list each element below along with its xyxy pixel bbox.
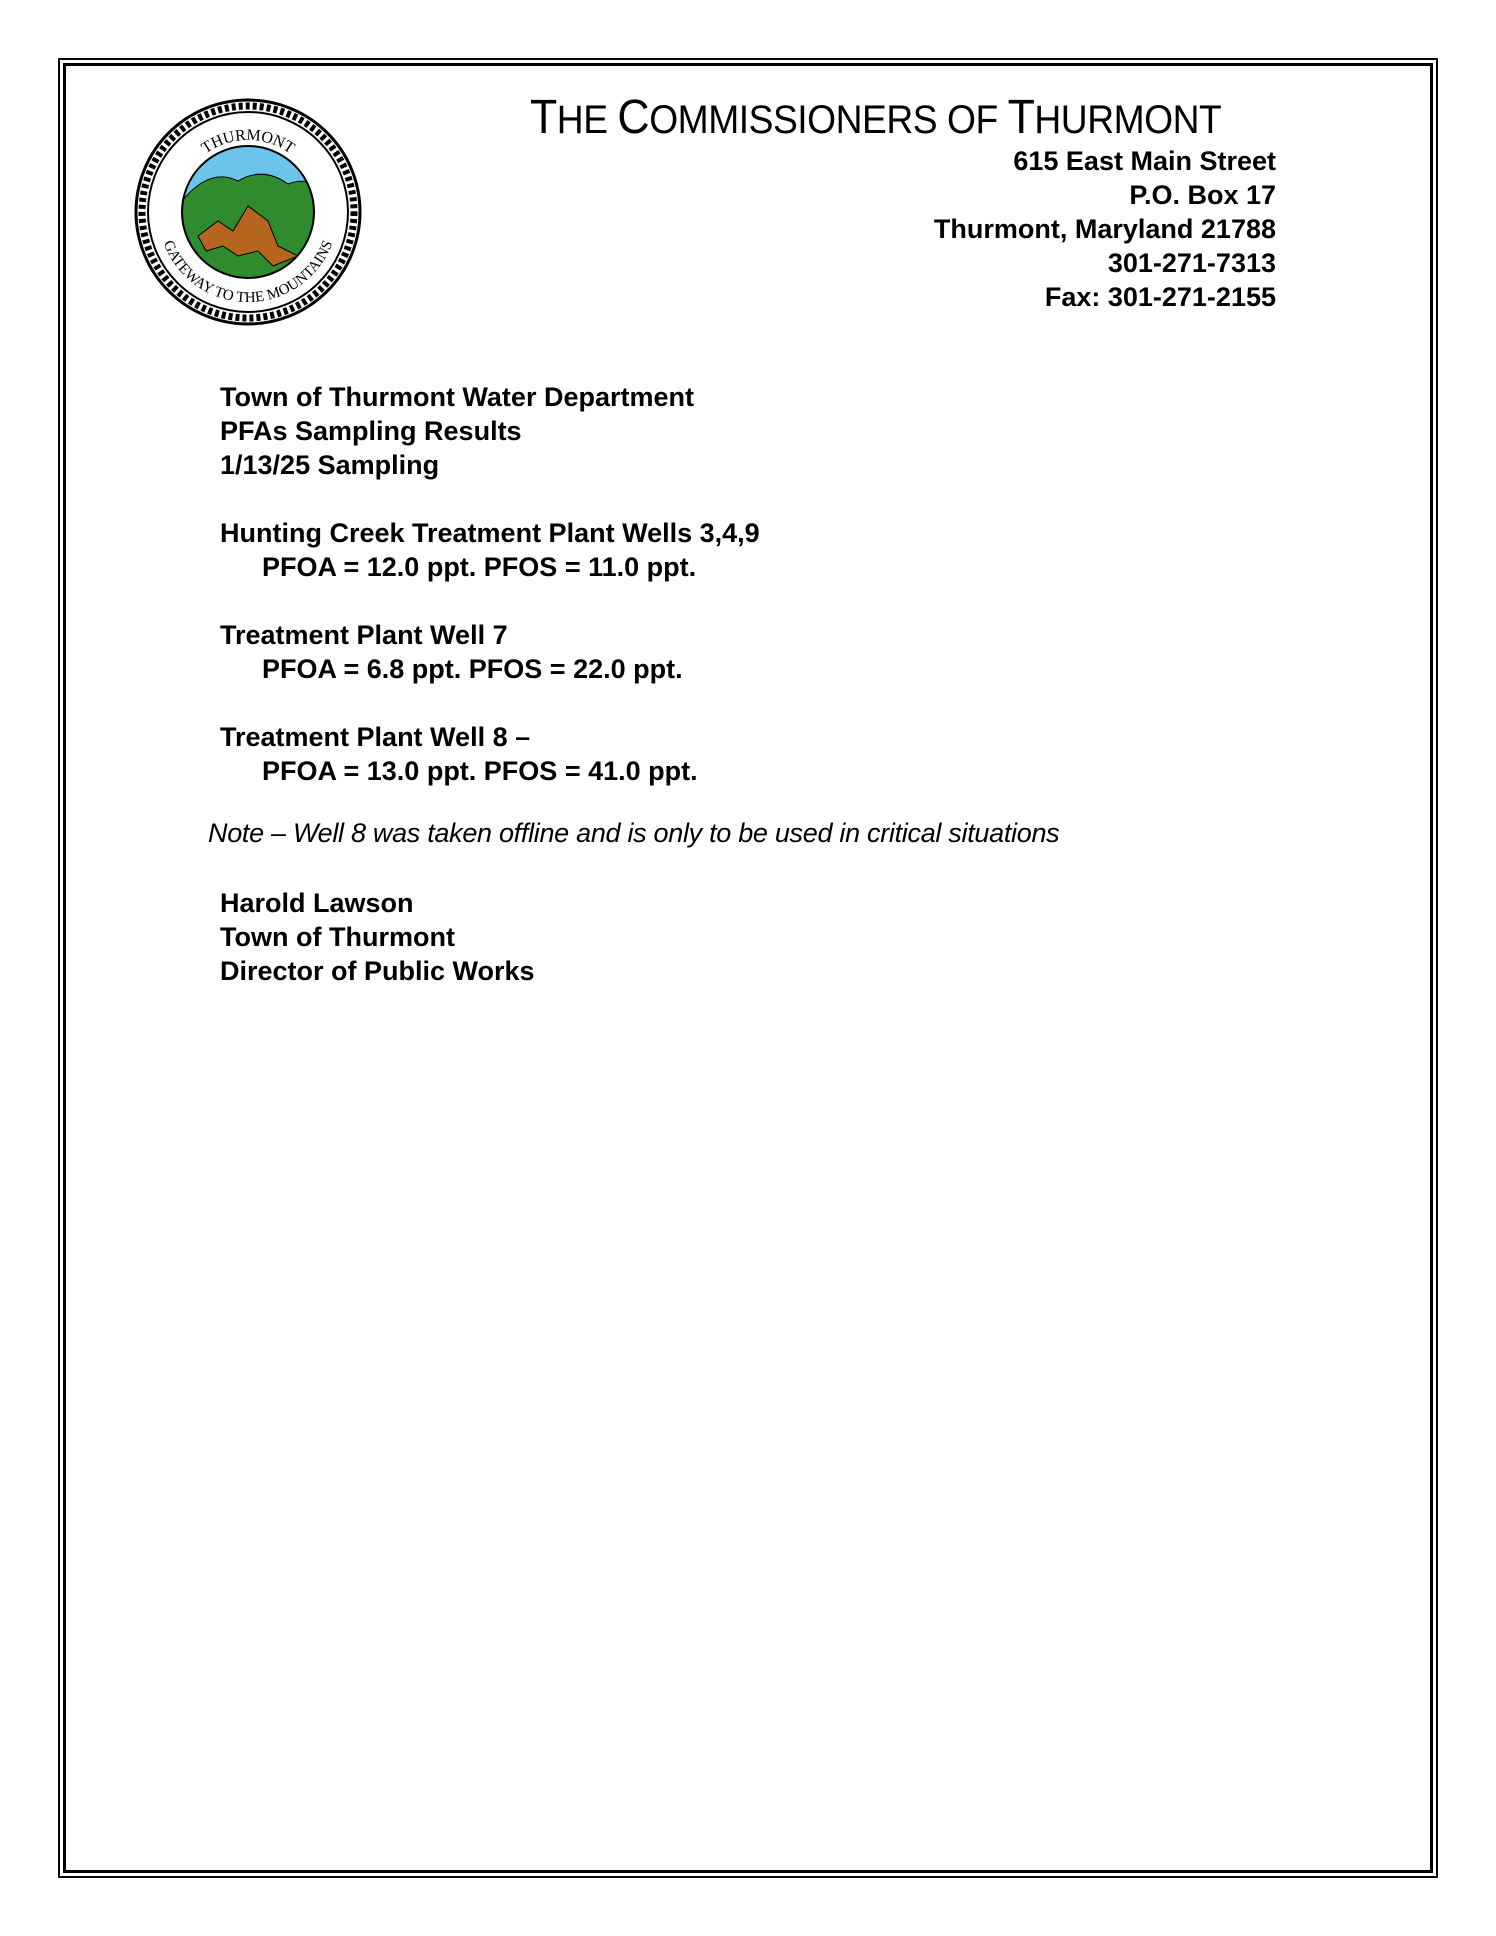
address-phone: 301-271-7313 bbox=[934, 246, 1276, 280]
address-fax: Fax: 301-271-2155 bbox=[934, 280, 1276, 314]
result-location: Treatment Plant Well 7 bbox=[220, 618, 760, 652]
well-8-note: Note – Well 8 was taken offline and is o… bbox=[208, 818, 1059, 849]
title-part: HE bbox=[557, 98, 618, 142]
signer-organization: Town of Thurmont bbox=[220, 920, 535, 954]
result-location: Hunting Creek Treatment Plant Wells 3,4,… bbox=[220, 516, 760, 550]
address-street: 615 East Main Street bbox=[934, 144, 1276, 178]
result-values: PFOA = 12.0 ppt. PFOS = 11.0 ppt. bbox=[220, 550, 760, 584]
title-part: T bbox=[530, 91, 557, 144]
signer-name: Harold Lawson bbox=[220, 886, 535, 920]
department-name: Town of Thurmont Water Department bbox=[220, 380, 760, 414]
document-body: Town of Thurmont Water Department PFAs S… bbox=[220, 380, 760, 788]
signer-title: Director of Public Works bbox=[220, 954, 535, 988]
title-part: OMMISSIONERS OF bbox=[649, 98, 1007, 142]
signature-block: Harold Lawson Town of Thurmont Director … bbox=[220, 886, 535, 988]
result-values: PFOA = 13.0 ppt. PFOS = 41.0 ppt. bbox=[220, 754, 760, 788]
title-part: T bbox=[1008, 91, 1035, 144]
sampling-date: 1/13/25 Sampling bbox=[220, 448, 760, 482]
letterhead-address: 615 East Main Street P.O. Box 17 Thurmon… bbox=[934, 144, 1276, 314]
town-seal-logo: THURMONT GATEWAY TO THE MOUNTAINS bbox=[128, 96, 368, 328]
address-po-box: P.O. Box 17 bbox=[934, 178, 1276, 212]
result-location: Treatment Plant Well 8 – bbox=[220, 720, 760, 754]
result-values: PFOA = 6.8 ppt. PFOS = 22.0 ppt. bbox=[220, 652, 760, 686]
letterhead-title: THE COMMISSIONERS OF THURMONT bbox=[530, 90, 1218, 145]
address-city-state-zip: Thurmont, Maryland 21788 bbox=[934, 212, 1276, 246]
title-part: C bbox=[617, 91, 649, 144]
document-subject: PFAs Sampling Results bbox=[220, 414, 760, 448]
title-part: HURMONT bbox=[1034, 98, 1221, 142]
